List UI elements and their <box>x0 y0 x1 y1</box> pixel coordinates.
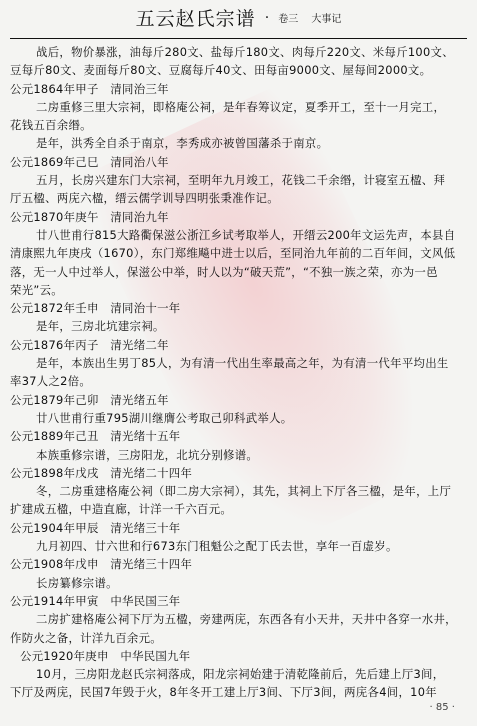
section-label: 大事记 <box>311 14 341 25</box>
paragraph-line: 二房扩建格庵公祠下厅为五楹，旁建两庑，东西各有小天井，天井中各穿一水井， <box>10 610 470 628</box>
year-heading: 公元1920年庚申 中华民国九年 <box>10 647 470 665</box>
book-title: 五云赵氏宗谱 <box>136 8 256 30</box>
year-heading: 公元1869年己巳 清同治八年 <box>10 153 470 171</box>
year-heading: 公元1864年甲子 清同治三年 <box>10 80 470 98</box>
paragraph-line: 是年，本族出生男丁85人，为有清一代出生率最高之年，为有清一代年平均出生 <box>10 354 470 372</box>
paragraph-line: 二房重修三里大宗祠，即格庵公祠，是年春筹议定，夏季开工，至十一月完工， <box>10 98 470 116</box>
paragraph-line: 清康熙九年庚戌（1670），东门郑维飚中进士以后，至同治九年前的二百年间，文风低 <box>10 244 470 262</box>
volume-label: 卷三 <box>278 14 298 25</box>
paragraph-line: 率37人之2倍。 <box>10 372 470 390</box>
year-heading: 公元1889年己丑 清光绪十五年 <box>10 427 470 445</box>
paragraph-line: 作防火之备，计洋九百余元。 <box>10 629 470 647</box>
paragraph-line: 10月，三房阳龙赵氏宗祠落成，阳龙宗祠始建于清乾隆前后，先后建上厅3间， <box>10 665 470 683</box>
year-heading: 公元1870年庚午 清同治九年 <box>10 208 470 226</box>
paragraph-line: 廿八世甫行重795湖川继膺公考取己卯科武举人。 <box>10 409 470 427</box>
paragraph-line: 廿八世甫行815大路衢保滋公浙江乡试考取举人，开缙云200年文运先声，本县自 <box>10 226 470 244</box>
page-header: 五云赵氏宗谱 · 卷三 大事记 <box>10 4 467 38</box>
paragraph-line: 豆每斤80文、麦面每斤80文、豆腐每斤40文、田每亩9000文、屋每间2000文… <box>10 61 470 79</box>
paragraph-line: 花钱五百余缗。 <box>10 116 470 134</box>
paragraph-line: 冬，二房重建格庵公祠（即二房大宗祠），其先，其祠上下厅各三楹，是年，上厅 <box>10 482 470 500</box>
paragraph-line: 是年，洪秀全自杀于南京，李秀成亦被曾国藩杀于南京。 <box>10 134 470 152</box>
paragraph-line: 战后，物价暴涨，油每斤280文、盐每斤180文、肉每斤220文、米每斤100文、 <box>10 43 470 61</box>
page-number: · 85 · <box>430 702 455 713</box>
paragraph-line: 五月，长房兴建东门大宗祠，至明年九月竣工，花钱二千余缗，计寝室五楹、拜 <box>10 171 470 189</box>
year-heading: 公元1876年丙子 清光绪二年 <box>10 336 470 354</box>
paragraph-line: 扩建成五楹，中造直廊，计洋一千六百元。 <box>10 500 470 518</box>
paragraph-line: 本族重修宗谱，三房阳龙，北坑分别修谱。 <box>10 446 470 464</box>
paragraph-line: 是年，三房北坑建宗祠。 <box>10 317 470 335</box>
paragraph-line: 下厅及两庑，民国7年毁于火，8年冬开工建上厅3间、下厅3间，两庑各4间，10年 <box>10 683 470 701</box>
paragraph-line: 厅五楹、两庑六楹，缙云儒学训导四明张秉准作记。 <box>10 189 470 207</box>
year-heading: 公元1904年甲辰 清光绪三十年 <box>10 519 470 537</box>
year-heading: 公元1872年壬申 清同治十一年 <box>10 299 470 317</box>
year-heading: 公元1908年戊申 清光绪三十四年 <box>10 555 470 573</box>
paragraph-line: 落，无一人中过举人，保滋公中举，时人以为“破天荒”，“不独一族之荣，亦为一邑 <box>10 263 470 281</box>
document-body: 战后，物价暴涨，油每斤280文、盐每斤180文、肉每斤220文、米每斤100文、… <box>10 43 470 702</box>
paragraph-line: 荣光”云。 <box>10 281 470 299</box>
year-heading: 公元1914年甲寅 中华民国三年 <box>10 592 470 610</box>
year-heading: 公元1898年戊戌 清光绪二十四年 <box>10 464 470 482</box>
paragraph-line: 长房纂修宗谱。 <box>10 574 470 592</box>
paragraph-line: 九月初四、廿六世和行673东门租魁公之配丁氏去世，享年一百虚岁。 <box>10 537 470 555</box>
title-separator: · <box>265 10 269 26</box>
year-heading: 公元1879年己卯 清光绪五年 <box>10 391 470 409</box>
header-rule <box>10 38 467 39</box>
